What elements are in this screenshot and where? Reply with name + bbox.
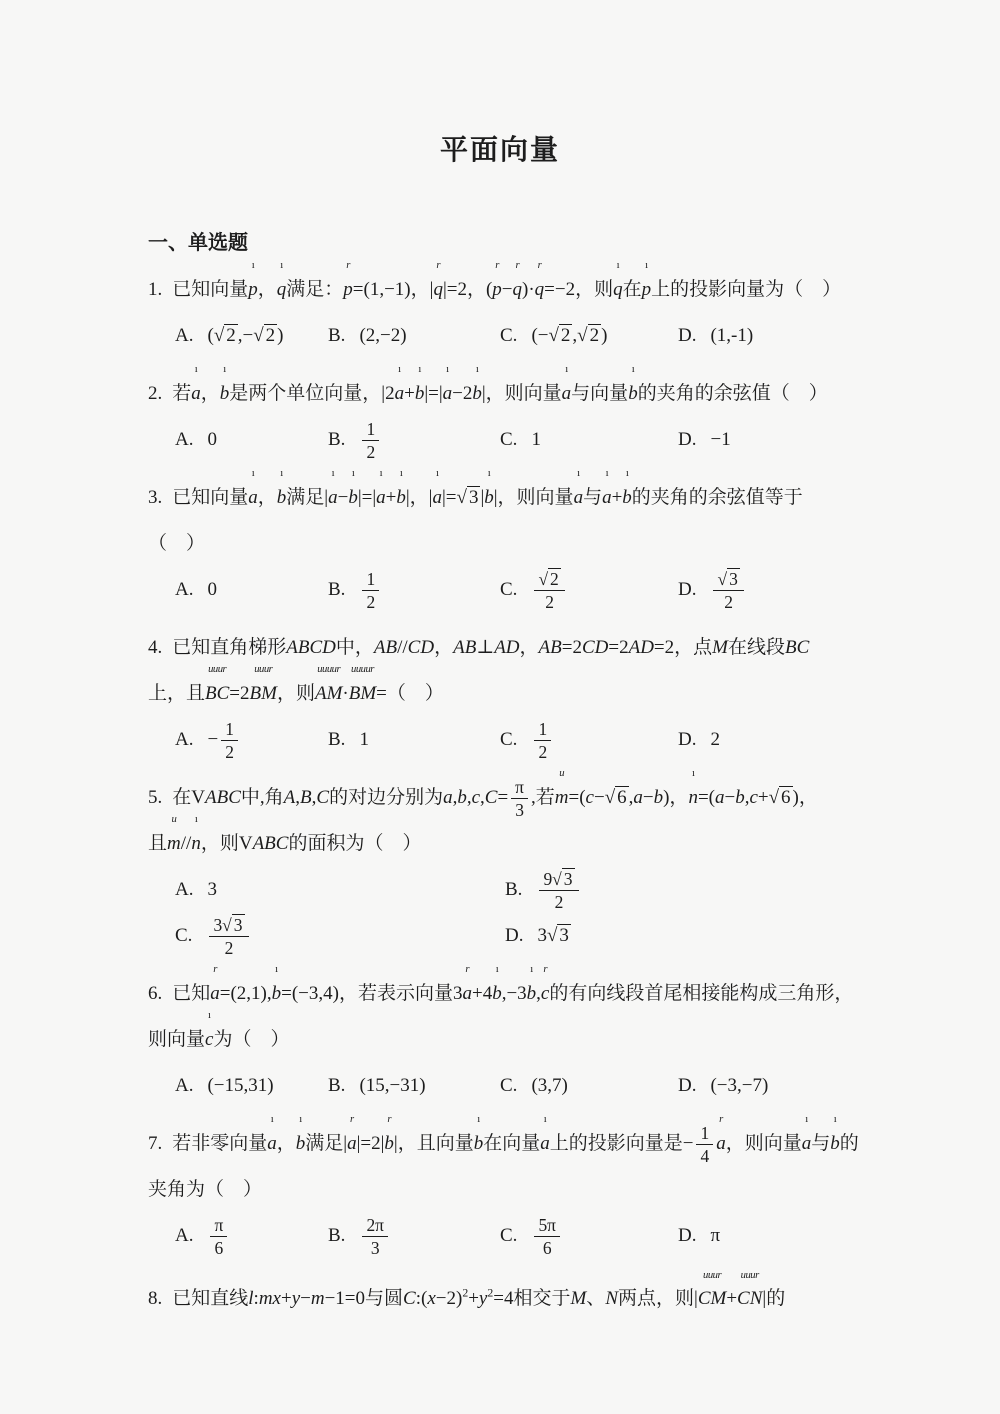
option-label: C. (500, 1075, 517, 1096)
option-label: C. (500, 729, 517, 750)
option-label: B. (328, 579, 345, 600)
question-1: 1.已知向量ıp，ıq满足：rp=(1,−1)，|rq|=2，(rp−rq)·r… (148, 267, 862, 359)
option-b: B.1 (328, 717, 500, 763)
option-label: D. (678, 325, 696, 346)
question-number: 7. (148, 1133, 162, 1154)
question-stem: 5.在VABC中,角A,B,C的对边分别为a,b,c,C=π3,若um=(c−√… (148, 775, 862, 821)
option-b: B.12 (328, 567, 500, 613)
option-value: (1,-1) (710, 325, 753, 346)
option-a: A.π6 (175, 1213, 328, 1259)
option-a: A.−12 (175, 717, 328, 763)
question-number: 4. (148, 637, 162, 658)
option-label: B. (328, 1225, 345, 1246)
option-label: B. (328, 325, 345, 346)
question-stem-text: 已知向量ıp，ıq满足：rp=(1,−1)，|rq|=2，(rp−rq)·rq=… (172, 279, 841, 300)
option-d: D.−1 (678, 417, 862, 463)
question-number: 5. (148, 787, 162, 808)
options-row: A.(−15,31) B.(15,−31) C.(3,7) D.(−3,−7) (148, 1063, 862, 1109)
option-label: D. (505, 925, 523, 946)
option-value: 3√3 (537, 925, 570, 946)
options-row: A.3 B.9√32 (148, 867, 862, 913)
question-stem-line2: 夹角为（ ） (148, 1167, 862, 1213)
question-stem-text: 若ıa，ıb是两个单位向量，|2ıa+ıb|=|ıa−2ıb|，则向量ıa与向量… (172, 383, 827, 404)
option-b: B.2π3 (328, 1213, 500, 1259)
question-stem-line2: （ ） (148, 521, 862, 567)
option-b: B.(15,−31) (328, 1063, 500, 1109)
option-value: 2π3 (359, 1225, 391, 1246)
option-c: C.(3,7) (500, 1063, 678, 1109)
option-label: D. (678, 729, 696, 750)
option-label: B. (505, 879, 522, 900)
question-stem: 2.若ıa，ıb是两个单位向量，|2ıa+ıb|=|ıa−2ıb|，则向量ıa与… (148, 371, 862, 417)
option-value: √32 (710, 579, 746, 600)
option-value: 0 (207, 429, 217, 450)
section-heading: 一、单选题 (148, 226, 862, 255)
question-7: 7.若非零向量ıa，ıb满足|ra|=2|rb|，且向量ıb在向量ıa上的投影向… (148, 1121, 862, 1259)
option-b: B.9√32 (505, 867, 862, 913)
option-value: (3,7) (531, 1075, 567, 1096)
option-label: A. (175, 879, 193, 900)
page-title: 平面向量 (0, 128, 1000, 168)
option-a: A.0 (175, 417, 328, 463)
option-value: π6 (207, 1225, 230, 1246)
option-c: C.5π6 (500, 1213, 678, 1259)
options-row: A.(√2,−√2) B.(2,−2) C.(−√2,√2) D.(1,-1) (148, 313, 862, 359)
option-label: A. (175, 579, 193, 600)
option-value: (2,−2) (359, 325, 406, 346)
option-value: 2 (710, 729, 720, 750)
option-value: (−15,31) (207, 1075, 273, 1096)
option-label: C. (500, 325, 517, 346)
option-a: A.(−15,31) (175, 1063, 328, 1109)
option-value: 0 (207, 579, 217, 600)
option-value: 3 (207, 879, 217, 900)
question-stem-text: 在VABC中,角A,B,C的对边分别为a,b,c,C=π3,若um=(c−√6,… (172, 787, 818, 808)
option-label: A. (175, 429, 193, 450)
option-value: (−3,−7) (710, 1075, 768, 1096)
option-label: A. (175, 325, 193, 346)
option-c: C.1 (500, 417, 678, 463)
question-stem: 7.若非零向量ıa，ıb满足|ra|=2|rb|，且向量ıb在向量ıa上的投影向… (148, 1121, 862, 1167)
options-row: A.0 B.12 C.√22 D.√32 (148, 567, 862, 613)
option-d: D.(−3,−7) (678, 1063, 862, 1109)
option-d: D.3√3 (505, 913, 862, 959)
question-stem-text: 已知向量ıa，ıb满足|ıa−ıb|=|ıa+ıb|，|ıa|=√3|ıb|，则… (172, 487, 803, 508)
option-b: B.12 (328, 417, 500, 463)
question-5: 5.在VABC中,角A,B,C的对边分别为a,b,c,C=π3,若um=(c−√… (148, 775, 862, 959)
question-number: 8. (148, 1288, 162, 1309)
options-row: C.3√32 D.3√3 (148, 913, 862, 959)
question-stem-line2: 上，且uuurBC=2uuurBM，则uuuurAM·uuuurBM=（ ） (148, 671, 862, 717)
option-label: D. (678, 1225, 696, 1246)
option-value: (−√2,√2) (531, 325, 607, 346)
question-number: 2. (148, 383, 162, 404)
question-3: 3.已知向量ıa，ıb满足|ıa−ıb|=|ıa+ıb|，|ıa|=√3|ıb|… (148, 475, 862, 613)
option-d: D.(1,-1) (678, 313, 862, 359)
option-label: A. (175, 1075, 193, 1096)
option-label: B. (328, 729, 345, 750)
option-c: C.12 (500, 717, 678, 763)
option-label: C. (500, 1225, 517, 1246)
option-d: D.2 (678, 717, 862, 763)
question-stem-line2: 且um//ın，则VABC的面积为（ ） (148, 821, 862, 867)
option-label: D. (678, 579, 696, 600)
option-d: D.√32 (678, 567, 862, 613)
option-label: C. (500, 579, 517, 600)
question-stem: 1.已知向量ıp，ıq满足：rp=(1,−1)，|rq|=2，(rp−rq)·r… (148, 267, 862, 313)
option-value: 3√32 (206, 925, 251, 946)
question-6: 6.已知ra=(2,1),ıb=(−3,4)，若表示向量3ra+4ıb,−3ıb… (148, 971, 862, 1109)
option-value: 12 (531, 729, 554, 750)
option-value: 12 (359, 429, 382, 450)
option-label: B. (328, 1075, 345, 1096)
question-stem-text: 已知直角梯形ABCD中，AB//CD，AB⊥AD，AB=2CD=2AD=2，点M… (172, 637, 809, 658)
option-value: √22 (531, 579, 567, 600)
option-label: A. (175, 729, 193, 750)
option-a: A.0 (175, 567, 328, 613)
option-value: (15,−31) (359, 1075, 425, 1096)
option-value: 9√32 (536, 879, 581, 900)
option-value: 12 (359, 579, 382, 600)
option-a: A.3 (175, 867, 505, 913)
question-stem-text: 已知ra=(2,1),ıb=(−3,4)，若表示向量3ra+4ıb,−3ıb,r… (172, 983, 853, 1004)
option-value: −1 (710, 429, 730, 450)
question-stem-line2: 则向量ıc为（ ） (148, 1017, 862, 1063)
option-c: C.√22 (500, 567, 678, 613)
option-a: A.(√2,−√2) (175, 313, 328, 359)
question-stem: 6.已知ra=(2,1),ıb=(−3,4)，若表示向量3ra+4ıb,−3ıb… (148, 971, 862, 1017)
exam-page: 平面向量 一、单选题 1.已知向量ıp，ıq满足：rp=(1,−1)，|rq|=… (0, 0, 1000, 1414)
question-number: 1. (148, 279, 162, 300)
option-value: π (710, 1225, 720, 1246)
question-stem: 3.已知向量ıa，ıb满足|ıa−ıb|=|ıa+ıb|，|ıa|=√3|ıb|… (148, 475, 862, 521)
question-2: 2.若ıa，ıb是两个单位向量，|2ıa+ıb|=|ıa−2ıb|，则向量ıa与… (148, 371, 862, 463)
option-label: D. (678, 1075, 696, 1096)
question-stem: 8.已知直线l:mx+y−m−1=0与圆C:(x−2)2+y2=4相交于M、N两… (148, 1271, 862, 1322)
page-content: 一、单选题 1.已知向量ıp，ıq满足：rp=(1,−1)，|rq|=2，(rp… (148, 226, 862, 1322)
option-value: (√2,−√2) (207, 325, 283, 346)
option-label: C. (500, 429, 517, 450)
option-d: D.π (678, 1213, 862, 1259)
option-c: C.3√32 (175, 913, 505, 959)
options-row: A.−12 B.1 C.12 D.2 (148, 717, 862, 763)
question-number: 6. (148, 983, 162, 1004)
option-value: 5π6 (531, 1225, 563, 1246)
option-value: 1 (359, 729, 369, 750)
options-row: A.0 B.12 C.1 D.−1 (148, 417, 862, 463)
option-b: B.(2,−2) (328, 313, 500, 359)
option-label: D. (678, 429, 696, 450)
option-label: B. (328, 429, 345, 450)
question-stem-text: 若非零向量ıa，ıb满足|ra|=2|rb|，且向量ıb在向量ıa上的投影向量是… (172, 1133, 859, 1154)
question-4: 4.已知直角梯形ABCD中，AB//CD，AB⊥AD，AB=2CD=2AD=2，… (148, 625, 862, 763)
question-stem-text: 已知直线l:mx+y−m−1=0与圆C:(x−2)2+y2=4相交于M、N两点，… (172, 1288, 785, 1309)
option-value: 1 (531, 429, 541, 450)
option-label: C. (175, 925, 192, 946)
question-8: 8.已知直线l:mx+y−m−1=0与圆C:(x−2)2+y2=4相交于M、N两… (148, 1271, 862, 1322)
option-c: C.(−√2,√2) (500, 313, 678, 359)
option-value: −12 (207, 729, 240, 750)
question-number: 3. (148, 487, 162, 508)
option-label: A. (175, 1225, 193, 1246)
options-row: A.π6 B.2π3 C.5π6 D.π (148, 1213, 862, 1259)
